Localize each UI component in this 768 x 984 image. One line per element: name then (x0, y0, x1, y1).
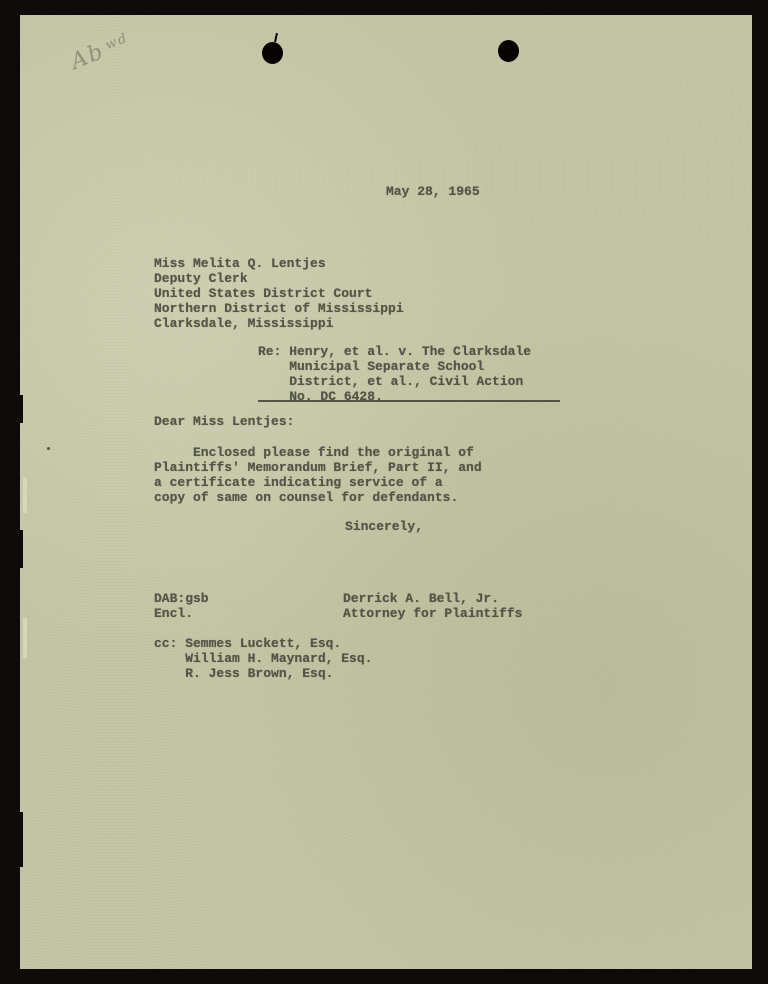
page-edge-tear (20, 395, 23, 423)
page-edge-fold (23, 618, 27, 658)
letter-body: Enclosed please find the original of Pla… (154, 445, 482, 505)
address-line: Clarksdale, Mississippi (154, 316, 333, 331)
recipient-address: Miss Melita Q. Lentjes Deputy Clerk Unit… (154, 256, 404, 331)
punch-hole-icon (262, 42, 283, 64)
cc-line: cc: Semmes Luckett, Esq. (154, 636, 341, 651)
address-line: United States District Court (154, 286, 372, 301)
letter-date: May 28, 1965 (386, 184, 480, 199)
punch-hole-icon (498, 40, 519, 62)
signer-name: Derrick A. Bell, Jr. (343, 591, 499, 606)
body-line: copy of same on counsel for defendants. (154, 490, 458, 505)
closing: Sincerely, (345, 519, 423, 534)
body-line: a certificate indicating service of a (154, 475, 443, 490)
address-line: Northern District of Mississippi (154, 301, 404, 316)
page-edge-tear (20, 812, 23, 867)
address-line: Deputy Clerk (154, 271, 248, 286)
scanned-document-viewer: Abwd May 28, 1965 Miss Melita Q. Lentjes… (0, 0, 768, 984)
cc-line: R. Jess Brown, Esq. (154, 666, 333, 681)
page-edge-tear (20, 530, 23, 568)
ink-speck (47, 447, 50, 450)
signature-block: Derrick A. Bell, Jr. Attorney for Plaint… (343, 591, 522, 621)
page-edge-fold (23, 478, 27, 513)
re-line-block: Re: Henry, et al. v. The Clarksdale Muni… (258, 344, 531, 404)
reference-line: DAB:gsb (154, 591, 209, 606)
re-line: Municipal Separate School (258, 359, 484, 374)
re-line: District, et al., Civil Action (258, 374, 523, 389)
re-line: Re: Henry, et al. v. The Clarksdale (258, 344, 531, 359)
salutation: Dear Miss Lentjes: (154, 414, 294, 429)
reference-initials: DAB:gsb Encl. (154, 591, 209, 621)
cc-line: William H. Maynard, Esq. (154, 651, 372, 666)
body-line: Plaintiffs' Memorandum Brief, Part II, a… (154, 460, 482, 475)
signer-title: Attorney for Plaintiffs (343, 606, 522, 621)
enclosure-line: Encl. (154, 606, 193, 621)
body-line: Enclosed please find the original of (154, 445, 474, 460)
re-underline-divider (258, 400, 560, 402)
cc-list: cc: Semmes Luckett, Esq. William H. Mayn… (154, 636, 372, 681)
address-line: Miss Melita Q. Lentjes (154, 256, 326, 271)
